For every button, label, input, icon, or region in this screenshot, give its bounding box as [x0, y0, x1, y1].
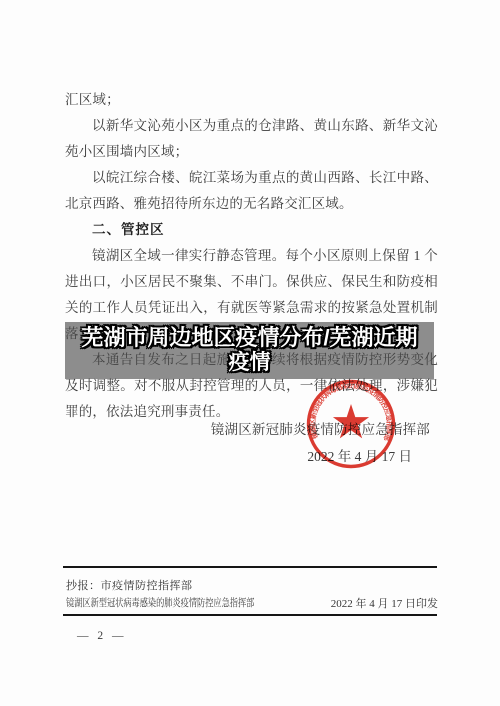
section-heading: 二、管控区 — [65, 217, 438, 243]
footer-copy-to: 抄报：市疫情防控指挥部 — [66, 577, 193, 593]
watermark-title-line2: 疫情 — [229, 350, 271, 376]
body-paragraph: 汇区域； — [65, 87, 438, 113]
footer-divider-top — [63, 566, 437, 568]
document-page: 汇区域； 以新华文沁苑小区为重点的仓津路、黄山东路、新华文沁苑小区围墙内区域； … — [0, 0, 500, 706]
watermark-caption-band: 芜湖市周边地区疫情分布/芜湖近期 疫情 — [65, 322, 434, 379]
watermark-title-line1: 芜湖市周边地区疫情分布/芜湖近期 — [81, 325, 417, 351]
body-paragraph: 以皖江综合楼、皖江菜场为重点的黄山西路、长江中路、北京西路、雅苑招待所东边的无名… — [65, 165, 438, 217]
footer-issuer: 镜湖区新型冠状病毒感染的肺炎疫情防控应急指挥部 — [66, 595, 254, 610]
footer-divider-bottom — [63, 614, 437, 616]
page-number: — 2 — — [77, 630, 127, 642]
body-paragraph: 以新华文沁苑小区为重点的仓津路、黄山东路、新华文沁苑小区围墙内区域； — [65, 113, 438, 165]
official-seal-stamp: 镜湖区新型冠状病毒感染的肺炎疫情防控应急指挥部 — [305, 378, 397, 470]
footer-print-date: 2022 年 4 月 17 日印发 — [331, 595, 438, 611]
star-icon — [333, 404, 369, 438]
